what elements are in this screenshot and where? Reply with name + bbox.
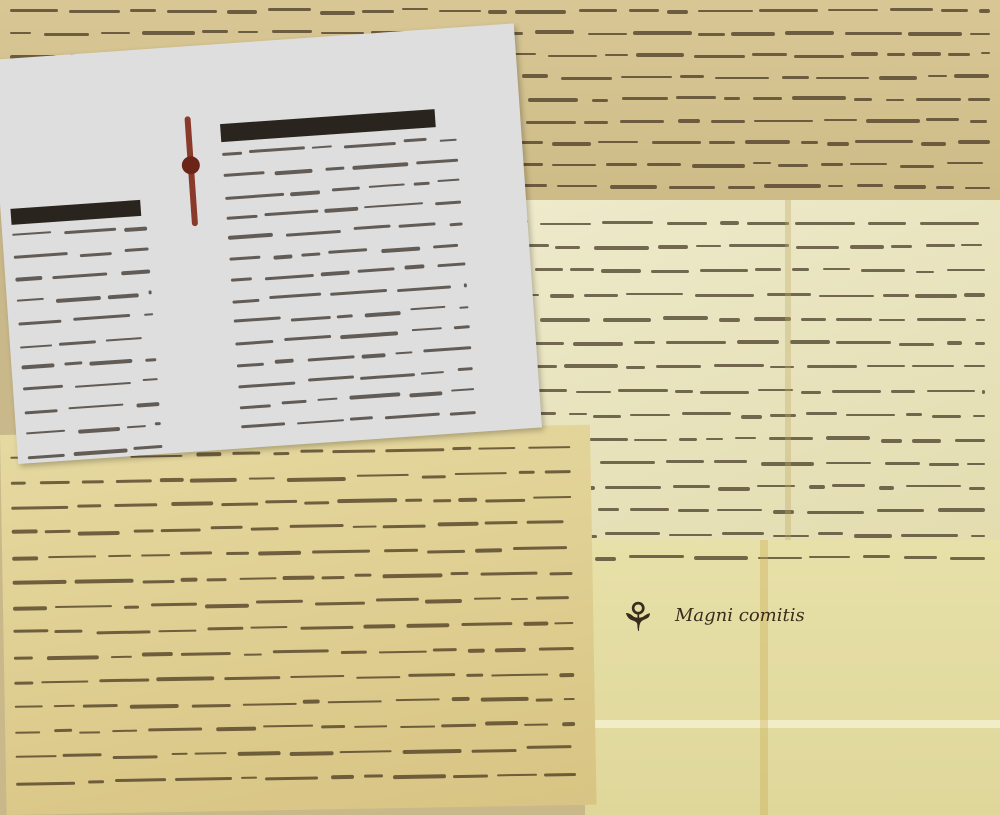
script-word	[301, 626, 354, 630]
script-word	[764, 184, 820, 188]
script-word	[74, 448, 128, 456]
script-word	[539, 647, 574, 651]
script-word	[410, 306, 445, 311]
script-word	[312, 146, 333, 150]
script-word	[618, 389, 668, 392]
script-word	[59, 340, 96, 345]
script-word	[234, 316, 281, 323]
script-word	[130, 9, 156, 13]
script-word	[360, 373, 414, 380]
script-word	[332, 450, 376, 454]
script-word	[149, 291, 152, 294]
script-word	[441, 724, 476, 728]
script-word	[395, 351, 412, 355]
script-word	[932, 415, 961, 418]
script-word	[770, 414, 796, 417]
script-word	[145, 358, 156, 363]
script-word	[202, 30, 227, 33]
script-word	[290, 524, 344, 527]
script-word	[533, 496, 571, 499]
script-word	[816, 77, 869, 80]
script-word	[633, 31, 692, 34]
script-word	[75, 382, 131, 388]
script-word	[782, 76, 809, 79]
script-word	[857, 184, 884, 186]
script-word	[405, 498, 422, 502]
script-word	[41, 680, 88, 684]
script-word	[709, 141, 735, 144]
script-word	[229, 256, 260, 261]
script-word	[698, 33, 725, 36]
script-word	[289, 752, 333, 756]
script-word	[519, 471, 535, 474]
script-word	[13, 630, 48, 634]
script-word	[954, 74, 989, 77]
script-word	[971, 535, 985, 537]
script-word	[10, 32, 31, 34]
fold-crease	[785, 200, 791, 560]
codex-page	[0, 23, 542, 464]
script-word	[891, 390, 915, 393]
script-word	[355, 574, 372, 577]
script-word	[232, 452, 260, 456]
script-word	[315, 601, 364, 605]
script-word	[113, 729, 138, 732]
script-word	[328, 700, 382, 703]
script-word	[747, 222, 788, 224]
script-word	[827, 142, 849, 145]
script-word	[557, 185, 598, 187]
script-word	[320, 11, 355, 15]
script-word	[250, 626, 287, 629]
script-word	[364, 774, 384, 777]
script-word	[433, 499, 452, 502]
script-word	[300, 450, 324, 453]
script-word	[866, 119, 920, 123]
script-word	[385, 412, 440, 419]
script-word	[171, 501, 213, 505]
script-word	[268, 8, 311, 11]
script-word	[947, 162, 983, 164]
script-word	[16, 782, 75, 786]
script-word	[312, 549, 370, 553]
script-word	[724, 97, 740, 100]
script-word	[658, 245, 688, 249]
script-word	[824, 119, 857, 121]
script-word	[975, 342, 985, 345]
script-word	[540, 318, 589, 322]
script-word	[433, 244, 459, 249]
script-word	[528, 446, 570, 449]
script-word	[676, 96, 716, 99]
script-word	[850, 163, 887, 166]
script-word	[362, 353, 386, 358]
script-word	[466, 673, 483, 677]
script-word	[403, 138, 426, 143]
script-word	[828, 185, 843, 187]
script-word	[364, 624, 396, 628]
script-word	[161, 529, 201, 532]
script-word	[329, 249, 368, 255]
script-word	[317, 398, 338, 401]
script-word	[349, 392, 401, 399]
script-word	[344, 142, 396, 149]
script-word	[714, 460, 747, 463]
script-word	[576, 391, 611, 393]
script-word	[912, 365, 954, 367]
script-word	[706, 438, 723, 440]
script-word	[11, 482, 27, 485]
script-word	[78, 427, 119, 434]
script-word	[83, 704, 118, 708]
script-word	[143, 378, 158, 381]
script-word	[400, 725, 435, 728]
script-word	[950, 557, 985, 561]
script-word	[211, 526, 243, 530]
script-word	[142, 580, 174, 584]
script-word	[526, 121, 576, 124]
script-word	[626, 293, 683, 295]
script-word	[12, 530, 38, 534]
script-word	[769, 437, 812, 439]
script-word	[356, 474, 409, 477]
script-word	[273, 254, 292, 259]
script-word	[350, 416, 374, 421]
script-word	[947, 341, 963, 345]
script-word	[917, 318, 966, 321]
script-word	[16, 755, 57, 758]
script-word	[353, 525, 376, 528]
script-word	[99, 678, 150, 683]
script-word	[936, 186, 954, 190]
script-word	[17, 298, 44, 302]
script-word	[238, 751, 281, 756]
script-word	[291, 675, 345, 678]
script-word	[807, 511, 864, 514]
script-word	[398, 222, 435, 228]
script-word	[88, 780, 104, 783]
script-word	[304, 501, 330, 505]
script-word	[881, 439, 902, 443]
script-word	[451, 388, 474, 392]
script-word	[20, 344, 52, 348]
script-word	[544, 773, 576, 777]
script-word	[281, 400, 306, 404]
script-word	[26, 429, 65, 434]
script-word	[807, 365, 857, 368]
script-word	[540, 223, 591, 225]
script-word	[796, 246, 839, 249]
script-word	[535, 268, 563, 271]
script-word	[115, 778, 166, 781]
script-word	[854, 534, 893, 538]
script-word	[69, 10, 120, 13]
script-word	[12, 231, 51, 236]
script-word	[337, 498, 397, 503]
script-word	[550, 572, 573, 575]
script-word	[523, 622, 548, 626]
script-word	[63, 754, 101, 758]
script-word	[49, 556, 97, 559]
script-word	[40, 481, 71, 484]
script-word	[155, 422, 161, 425]
script-word	[256, 600, 303, 604]
script-word	[425, 599, 462, 603]
script-word	[785, 31, 835, 35]
script-word	[393, 774, 446, 779]
script-word	[979, 9, 990, 13]
script-word	[754, 120, 813, 122]
script-word	[167, 10, 217, 13]
script-word	[600, 461, 655, 465]
script-word	[629, 555, 685, 557]
script-word	[675, 390, 693, 392]
script-word	[369, 183, 405, 188]
script-word	[552, 142, 591, 146]
script-word	[480, 572, 537, 576]
script-word	[588, 33, 627, 35]
script-word	[900, 165, 934, 169]
script-word	[126, 425, 145, 428]
script-word	[601, 269, 640, 273]
script-word	[976, 319, 985, 321]
script-word	[845, 32, 902, 35]
script-word	[18, 320, 61, 326]
script-word	[44, 33, 89, 36]
script-word	[68, 404, 123, 410]
script-word	[965, 187, 990, 190]
script-word	[598, 508, 619, 510]
script-word	[427, 549, 464, 553]
script-word	[598, 141, 638, 144]
script-word	[454, 325, 470, 329]
script-word	[461, 622, 513, 627]
script-word	[879, 486, 895, 490]
script-word	[819, 295, 873, 298]
script-word	[464, 284, 467, 288]
script-word	[121, 269, 150, 275]
script-word	[449, 222, 462, 226]
script-word	[384, 549, 417, 553]
script-word	[497, 773, 536, 776]
script-word	[45, 529, 70, 533]
script-word	[124, 605, 139, 608]
script-word	[823, 268, 850, 270]
script-word	[832, 390, 881, 392]
script-word	[562, 722, 576, 726]
script-word	[28, 453, 65, 459]
script-word	[243, 703, 297, 707]
script-word	[603, 318, 651, 321]
script-word	[678, 509, 710, 512]
script-word	[337, 314, 353, 318]
script-word	[227, 10, 257, 13]
script-word	[755, 268, 781, 271]
script-word	[694, 556, 747, 560]
script-word	[235, 339, 273, 345]
script-word	[652, 141, 702, 144]
script-word	[700, 391, 748, 394]
script-word	[409, 391, 443, 397]
script-word	[759, 9, 818, 12]
script-word	[15, 705, 43, 708]
script-word	[488, 10, 506, 14]
script-word	[753, 97, 783, 100]
script-word	[682, 412, 732, 415]
script-word	[589, 438, 628, 441]
script-word	[885, 462, 920, 465]
script-word	[792, 268, 809, 271]
script-word	[341, 651, 367, 654]
script-word	[352, 162, 408, 170]
script-word	[555, 622, 574, 624]
script-word	[340, 750, 391, 753]
script-word	[809, 485, 825, 489]
script-word	[244, 653, 262, 656]
script-word	[801, 391, 820, 395]
script-word	[741, 415, 762, 419]
script-word	[114, 503, 157, 507]
script-word	[364, 311, 401, 318]
script-word	[151, 603, 197, 607]
script-word	[678, 119, 700, 122]
script-word	[437, 178, 459, 182]
script-word	[10, 9, 58, 12]
script-word	[916, 98, 961, 101]
script-word	[266, 500, 297, 503]
script-word	[794, 55, 843, 58]
script-word	[459, 306, 468, 309]
script-word	[964, 293, 985, 297]
script-word	[238, 31, 258, 34]
script-word	[332, 186, 360, 191]
script-word	[404, 264, 425, 269]
script-word	[225, 193, 284, 200]
script-word	[647, 163, 682, 166]
script-word	[437, 522, 478, 526]
script-word	[511, 597, 528, 600]
script-word	[414, 182, 430, 186]
script-word	[475, 548, 502, 552]
script-word	[584, 294, 618, 297]
script-word	[879, 76, 918, 80]
script-word	[883, 294, 909, 297]
script-word	[527, 521, 565, 524]
script-word	[555, 246, 579, 249]
script-word	[106, 337, 142, 342]
script-word	[491, 673, 548, 676]
script-word	[570, 268, 594, 270]
script-word	[54, 729, 72, 732]
script-word	[286, 230, 341, 237]
script-word	[435, 201, 461, 206]
script-word	[181, 652, 231, 656]
script-word	[515, 10, 566, 13]
script-word	[828, 9, 878, 12]
script-word	[854, 98, 873, 102]
script-word	[961, 244, 982, 246]
script-word	[424, 346, 472, 352]
script-word	[729, 244, 789, 247]
script-word	[901, 534, 958, 537]
script-word	[595, 557, 616, 561]
script-word	[605, 532, 661, 534]
script-word	[629, 9, 659, 12]
script-word	[904, 556, 937, 558]
script-word	[239, 577, 276, 580]
script-word	[714, 364, 763, 367]
script-word	[656, 365, 700, 368]
script-word	[421, 475, 445, 478]
script-word	[190, 478, 237, 482]
script-word	[634, 341, 655, 344]
script-word	[981, 52, 990, 54]
script-word	[753, 162, 771, 164]
monogram-icon: ⚘	[620, 595, 656, 641]
script-word	[269, 293, 321, 299]
script-word	[908, 32, 962, 36]
script-word	[331, 775, 354, 779]
script-word	[899, 343, 934, 346]
script-word	[906, 485, 961, 487]
fold-crease	[585, 720, 1000, 728]
script-word	[452, 697, 470, 701]
script-word	[717, 509, 761, 511]
script-word	[927, 390, 975, 393]
script-word	[731, 32, 775, 36]
script-word	[238, 381, 295, 388]
script-word	[809, 556, 850, 559]
script-word	[330, 289, 388, 295]
script-word	[376, 598, 418, 601]
script-word	[745, 140, 790, 144]
script-word	[362, 10, 394, 13]
script-word	[111, 655, 132, 658]
script-word	[602, 221, 654, 224]
script-word	[636, 53, 685, 57]
script-word	[206, 578, 226, 582]
script-word	[142, 652, 173, 656]
script-word	[11, 506, 68, 510]
script-word	[801, 141, 819, 143]
script-word	[868, 222, 906, 225]
script-word	[227, 215, 258, 220]
script-word	[440, 139, 457, 142]
script-word	[698, 10, 753, 12]
script-word	[887, 53, 905, 56]
script-word	[438, 263, 466, 268]
script-word	[160, 478, 184, 482]
script-word	[402, 8, 428, 10]
script-word	[80, 252, 112, 258]
script-word	[552, 164, 596, 167]
script-word	[592, 99, 608, 102]
script-word	[863, 555, 891, 558]
script-word	[855, 140, 913, 142]
script-word	[564, 698, 575, 701]
script-word	[232, 299, 259, 304]
script-word	[579, 9, 617, 13]
script-word	[550, 294, 574, 298]
script-word	[124, 227, 147, 232]
script-word	[719, 318, 740, 322]
script-word	[301, 252, 320, 257]
script-word	[64, 227, 117, 235]
script-word	[630, 414, 670, 416]
script-word	[180, 552, 212, 555]
script-word	[79, 731, 99, 734]
script-word	[926, 118, 959, 120]
